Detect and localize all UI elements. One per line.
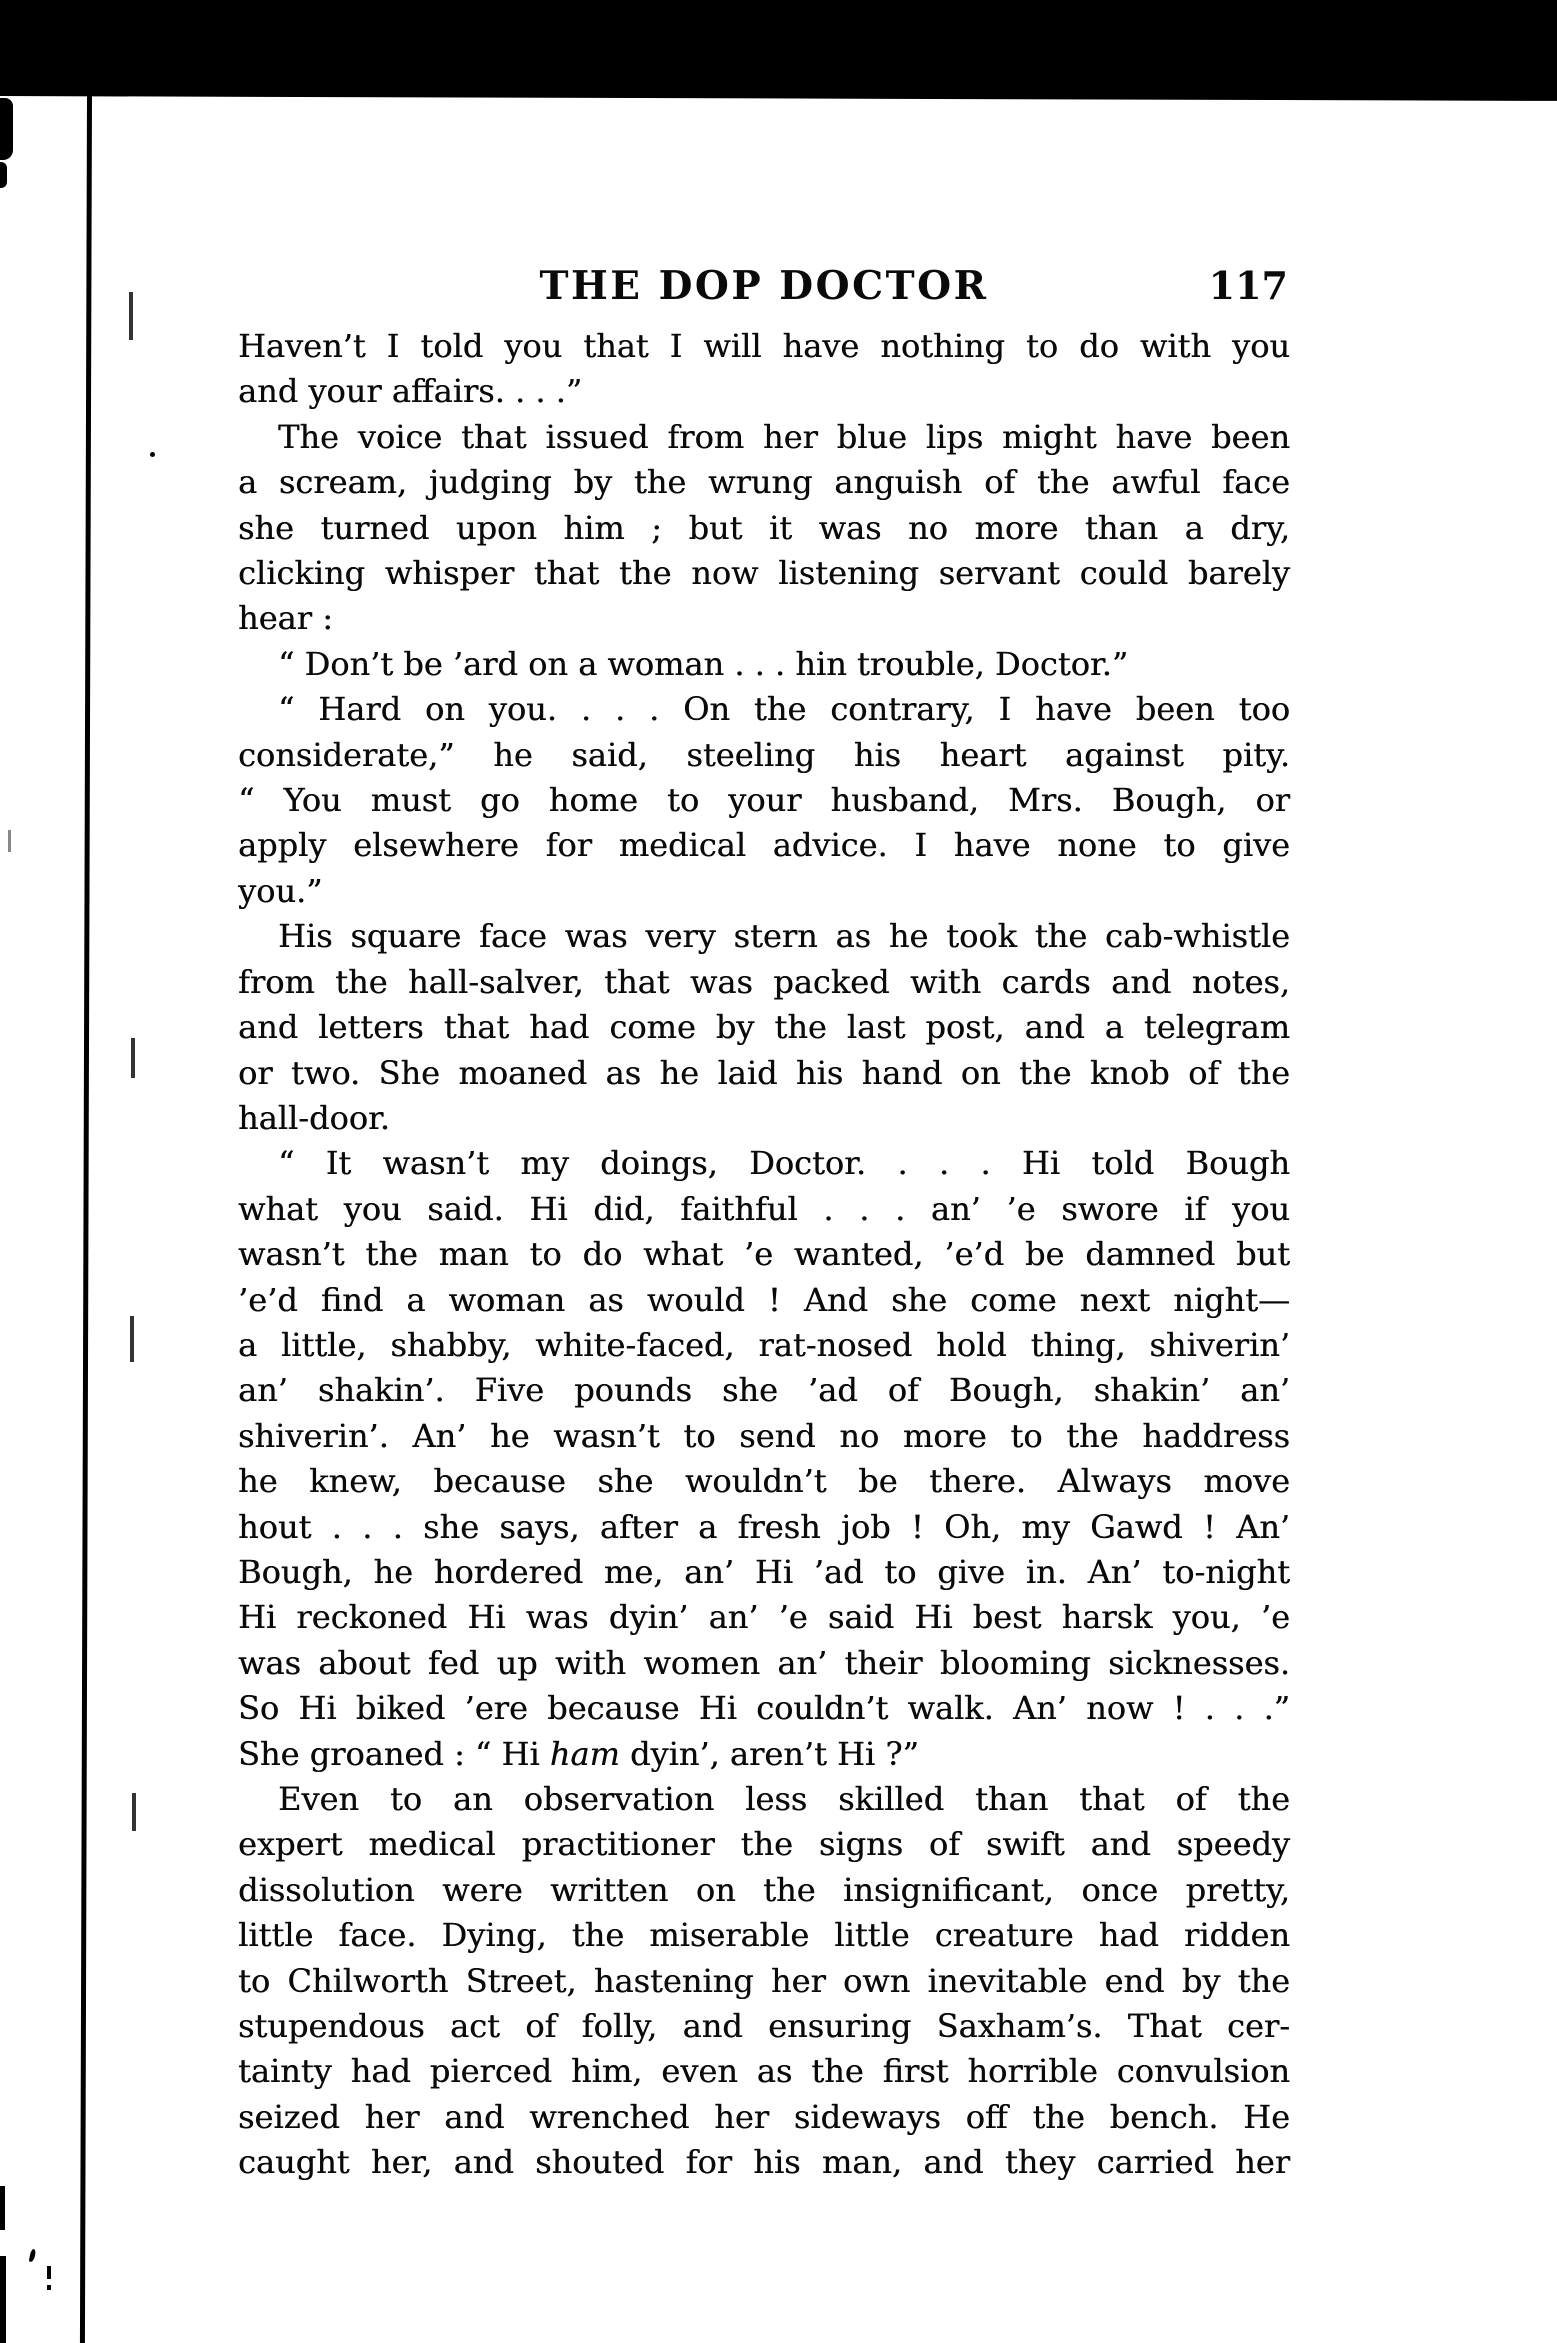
text-line: what you said. Hi did, faithful . . . an…: [238, 1187, 1290, 1232]
text-line: stupendous act of folly, and ensuring Sa…: [238, 2004, 1290, 2049]
text-line: She groaned : “ Hi ham dyin’, aren’t Hi …: [238, 1732, 1290, 1777]
margin-mark: [129, 292, 133, 340]
scan-speckle: [47, 2285, 51, 2290]
text-line: hout . . . she says, after a fresh job !…: [238, 1505, 1290, 1550]
text-line: tainty had pierced him, even as the firs…: [238, 2049, 1290, 2094]
scan-speckle: [150, 452, 155, 457]
text-line: was about fed up with women an’ their bl…: [238, 1641, 1290, 1686]
text-line: and your affairs. . . .”: [238, 369, 1290, 414]
text-line: to Chilworth Street, hastening her own i…: [238, 1959, 1290, 2004]
scan-speckle: [0, 98, 13, 160]
text-line: dissolution were written on the insignif…: [238, 1868, 1290, 1913]
text-line: you.”: [238, 869, 1290, 914]
text-line: “ It wasn’t my doings, Doctor. . . . Hi …: [238, 1141, 1290, 1186]
text-line: he knew, because she wouldn’t be there. …: [238, 1459, 1290, 1504]
text-line: apply elsewhere for medical advice. I ha…: [238, 823, 1290, 868]
text-line: “ Don’t be ’ard on a woman . . . hin tro…: [238, 642, 1290, 687]
text-line: and letters that had come by the last po…: [238, 1005, 1290, 1050]
top-scan-bar: [0, 0, 1557, 101]
left-scan-line: [80, 94, 92, 2343]
margin-mark: [132, 1793, 136, 1831]
text-line: Even to an observation less skilled than…: [238, 1777, 1290, 1822]
text-line: considerate,” he said, steeling his hear…: [238, 733, 1290, 778]
text-line: So Hi biked ’ere because Hi couldn’t wal…: [238, 1686, 1290, 1731]
text-line: Haven’t I told you that I will have noth…: [238, 324, 1290, 369]
text-line: Hi reckoned Hi was dyin’ an’ ’e said Hi …: [238, 1595, 1290, 1640]
text-line: a little, shabby, white-faced, rat-nosed…: [238, 1323, 1290, 1368]
text-line: clicking whisper that the now listening …: [238, 551, 1290, 596]
text-line: “ You must go home to your husband, Mrs.…: [238, 778, 1290, 823]
scan-speckle: [29, 2249, 37, 2263]
text-line: caught her, and shouted for his man, and…: [238, 2140, 1290, 2185]
text-line: wasn’t the man to do what ’e wanted, ’e’…: [238, 1232, 1290, 1277]
scan-speckle: [0, 162, 7, 188]
margin-mark: [130, 1316, 134, 1362]
text-line: shiverin’. An’ he wasn’t to send no more…: [238, 1414, 1290, 1459]
running-header: THE DOP DOCTOR 117: [238, 263, 1290, 311]
text-line: The voice that issued from her blue lips…: [238, 415, 1290, 460]
text-line: a scream, judging by the wrung anguish o…: [238, 460, 1290, 505]
text-block: Haven’t I told you that I will have noth…: [238, 324, 1290, 2186]
text-line: or two. She moaned as he laid his hand o…: [238, 1051, 1290, 1096]
text-line: seized her and wrenched her sideways off…: [238, 2095, 1290, 2140]
scanned-page: THE DOP DOCTOR 117 Haven’t I told you th…: [0, 0, 1557, 2343]
scan-speckle: [0, 2256, 6, 2343]
margin-mark: [131, 1038, 135, 1078]
text-line: Bough, he hordered me, an’ Hi ’ad to giv…: [238, 1550, 1290, 1595]
text-line: expert medical practitioner the signs of…: [238, 1822, 1290, 1867]
page-number: 117: [1209, 263, 1288, 308]
text-line: an’ shakin’. Five pounds she ’ad of Boug…: [238, 1368, 1290, 1413]
text-line: “ Hard on you. . . . On the contrary, I …: [238, 687, 1290, 732]
text-line: hear :: [238, 596, 1290, 641]
header-title: THE DOP DOCTOR: [238, 263, 1290, 309]
text-line: His square face was very stern as he too…: [238, 914, 1290, 959]
text-line: from the hall-salver, that was packed wi…: [238, 960, 1290, 1005]
scan-speckle: [47, 2266, 51, 2279]
text-line: she turned upon him ; but it was no more…: [238, 506, 1290, 551]
text-line: little face. Dying, the miserable little…: [238, 1913, 1290, 1958]
margin-mark: [8, 830, 11, 852]
text-line: hall-door.: [238, 1096, 1290, 1141]
scan-speckle: [0, 2186, 5, 2230]
text-line: ’e’d find a woman as would ! And she com…: [238, 1278, 1290, 1323]
